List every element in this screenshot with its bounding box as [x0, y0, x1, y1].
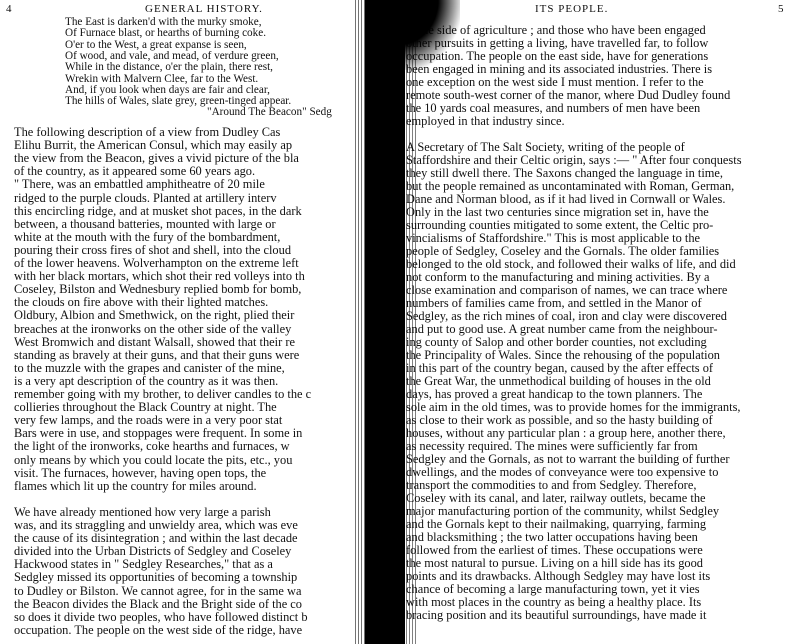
page-curl-shadow [400, 0, 460, 70]
text-line: occupation. The people on the west side … [14, 622, 302, 638]
running-head-left: GENERAL HISTORY. [145, 3, 263, 15]
text-line: employed in that industry since. [406, 113, 565, 129]
poem-attribution: "Around The Beacon" Sedg [207, 106, 332, 120]
page-number-right: 5 [778, 3, 784, 15]
left-page: 4 GENERAL HISTORY. The East is darken'd … [0, 0, 370, 644]
text-line: flames which lit up the country for mile… [14, 478, 257, 494]
book-gutter [365, 0, 405, 644]
page-number-left: 4 [6, 3, 12, 15]
gutter-shadow-right [403, 0, 417, 644]
right-page: ITS PEOPLE. 5 to the side of agriculture… [400, 0, 800, 644]
text-line: bracing position and its beautiful surro… [406, 607, 706, 623]
running-head-right: ITS PEOPLE. [535, 3, 608, 15]
